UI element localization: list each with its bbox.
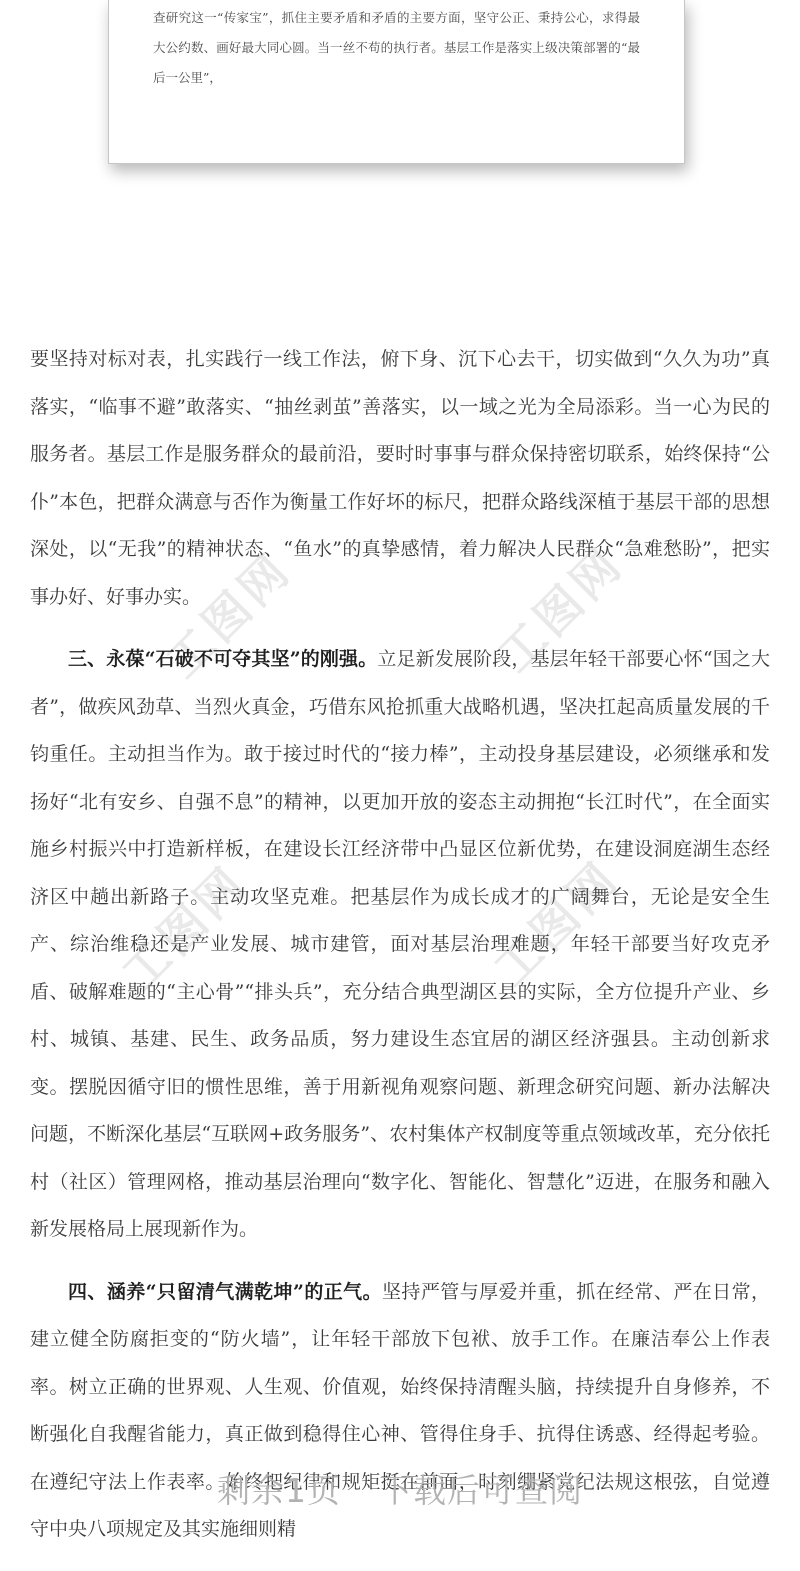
paragraph-continuation: 要坚持对标对表，扎实践行一线工作法，俯下身、沉下心去干，切实做到“久久为功”真落… [30, 336, 770, 621]
prev-page-text: 查研究这一“传家宝”，抓住主要矛盾和矛盾的主要方面，坚守公正、秉持公心，求得最大… [153, 3, 640, 93]
document-body: 要坚持对标对表，扎实践行一线工作法，俯下身、沉下心去干，切实做到“久久为功”真落… [30, 336, 770, 1569]
paragraph-section-3: 三、永葆“石破不可夺其坚”的刚强。立足新发展阶段，基层年轻干部要心怀“国之大者”… [30, 636, 770, 1254]
section-3-heading: 三、永葆“石破不可夺其坚”的刚强。 [68, 648, 377, 670]
prev-page-preview-card: 查研究这一“传家宝”，抓住主要矛盾和矛盾的主要方面，坚守公正、秉持公心，求得最大… [108, 0, 685, 164]
remaining-pages-bar: 剩余1页 下载后可查阅 [0, 1458, 800, 1518]
document-preview-page: 查研究这一“传家宝”，抓住主要矛盾和矛盾的主要方面，坚守公正、秉持公心，求得最大… [0, 0, 800, 1571]
paragraph-text: 立足新发展阶段，基层年轻干部要心怀“国之大者”，做疾风劲草、当烈火真金，巧借东风… [30, 648, 770, 1240]
paragraph-text: 要坚持对标对表，扎实践行一线工作法，俯下身、沉下心去干，切实做到“久久为功”真落… [30, 348, 770, 608]
section-4-heading: 四、涵养“只留清气满乾坤”的正气。 [68, 1281, 382, 1303]
remaining-pages-count: 剩余1页 [217, 1465, 341, 1512]
download-to-view-hint: 下载后可查阅 [379, 1465, 583, 1512]
